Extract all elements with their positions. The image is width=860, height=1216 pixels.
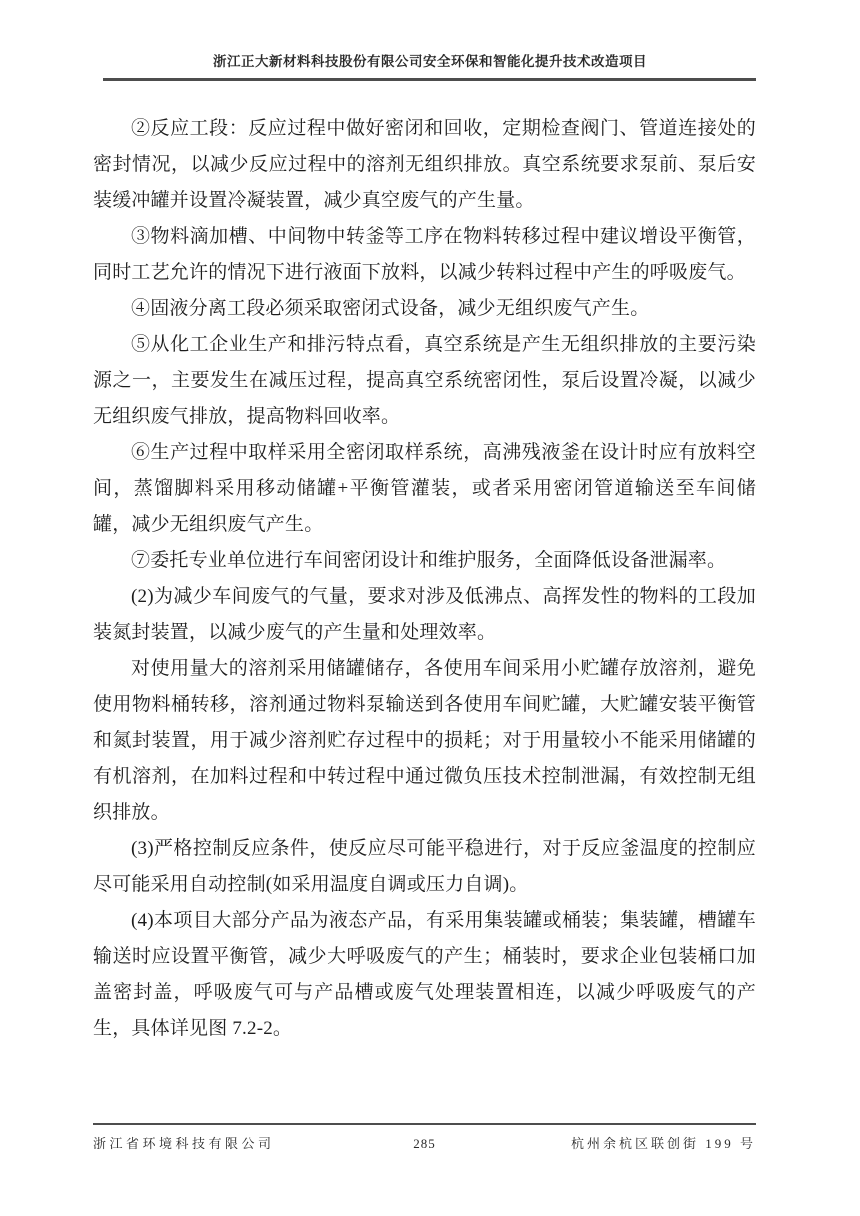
body-paragraph: ⑤从化工企业生产和排污特点看，真空系统是产生无组织排放的主要污染源之一，主要发生… [93, 327, 756, 435]
body-paragraph: ⑥生产过程中取样采用全密闭取样系统，高沸残液釜在设计时应有放料空间，蒸馏脚料采用… [93, 435, 756, 543]
document-body: ②反应工段：反应过程中做好密闭和回收，定期检查阀门、管道连接处的密封情况，以减少… [93, 111, 756, 1047]
body-paragraph: (2)为减少车间废气的气量，要求对涉及低沸点、高挥发性的物料的工段加装氮封装置，… [93, 579, 756, 651]
footer-company: 浙江省环境科技有限公司 [93, 1133, 275, 1152]
body-paragraph: ⑦委托专业单位进行车间密闭设计和维护服务，全面降低设备泄漏率。 [93, 543, 756, 579]
body-paragraph: ④固液分离工段必须采取密闭式设备，减少无组织废气产生。 [93, 291, 756, 327]
body-paragraph: ③物料滴加槽、中间物中转釜等工序在物料转移过程中建议增设平衡管，同时工艺允许的情… [93, 219, 756, 291]
header-rule [103, 78, 756, 81]
footer-row: 浙江省环境科技有限公司 285 杭州余杭区联创街 199 号 [93, 1125, 756, 1152]
header-title: 浙江正大新材料科技股份有限公司安全环保和智能化提升技术改造项目 [0, 52, 860, 72]
body-paragraph: ②反应工段：反应过程中做好密闭和回收，定期检查阀门、管道连接处的密封情况，以减少… [93, 111, 756, 219]
body-paragraph: (3)严格控制反应条件，使反应尽可能平稳进行，对于反应釜温度的控制应尽可能采用自… [93, 831, 756, 903]
body-paragraph: (4)本项目大部分产品为液态产品，有采用集装罐或桶装；集装罐，槽罐车输送时应设置… [93, 903, 756, 1047]
document-page: 浙江正大新材料科技股份有限公司安全环保和智能化提升技术改造项目 ②反应工段：反应… [0, 0, 860, 1216]
body-paragraph: 对使用量大的溶剂采用储罐储存，各使用车间采用小贮罐存放溶剂，避免使用物料桶转移，… [93, 651, 756, 831]
page-footer: 浙江省环境科技有限公司 285 杭州余杭区联创街 199 号 [93, 1123, 756, 1152]
footer-address: 杭州余杭区联创街 199 号 [571, 1133, 756, 1152]
page-header: 浙江正大新材料科技股份有限公司安全环保和智能化提升技术改造项目 [0, 0, 860, 81]
page-number: 285 [413, 1136, 436, 1152]
